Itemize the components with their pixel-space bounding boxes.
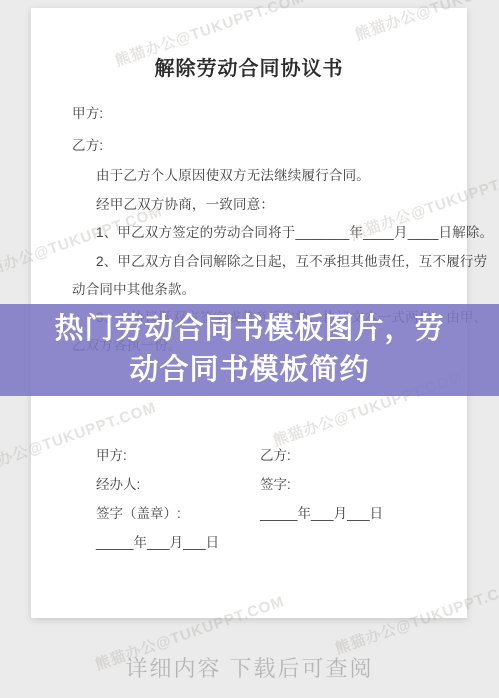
doc-line-clause-1: 1、甲乙双方签定的劳动合同将于_______年____月____日解除。 [96,221,493,241]
doc-line-party-a: 甲方: [72,102,103,122]
doc-line-agreement: 经甲乙双方协商，一致同意： [96,193,274,213]
sig-party-b-label: 乙方: [260,444,291,464]
sig-date-right: _____年___月___日 [260,502,383,522]
doc-line-clause-2: 2、甲乙双方自合同解除之日起，互不承担其他责任，互不履行劳 [96,250,487,270]
sig-date-left: _____年___月___日 [96,531,219,551]
sig-seal-label: 签字（盖章）: [96,502,181,522]
sig-signature-label: 签字: [260,473,291,493]
doc-line-party-b: 乙方: [72,134,103,154]
sig-handler-label: 经办人: [96,473,140,493]
promo-banner-line-1: 热门劳动合同书模板图片，劳 [54,309,444,350]
sig-party-a-label: 甲方: [96,444,127,464]
doc-line-clause-2-wrap: 动合同中其他条款。 [72,278,195,298]
template-preview: 解除劳动合同协议书 甲方: 乙方: 由于乙方个人原因使双方无法继续履行合同。 经… [0,0,499,698]
footer-caption: 详细内容 下载后可查阅 [0,652,499,683]
document-title: 解除劳动合同协议书 [31,52,467,81]
promo-banner: 热门劳动合同书模板图片，劳 动合同书模板简约 [0,304,499,396]
promo-banner-line-2: 动合同书模板简约 [129,350,369,391]
doc-line-reason: 由于乙方个人原因使双方无法继续履行合同。 [96,164,370,184]
